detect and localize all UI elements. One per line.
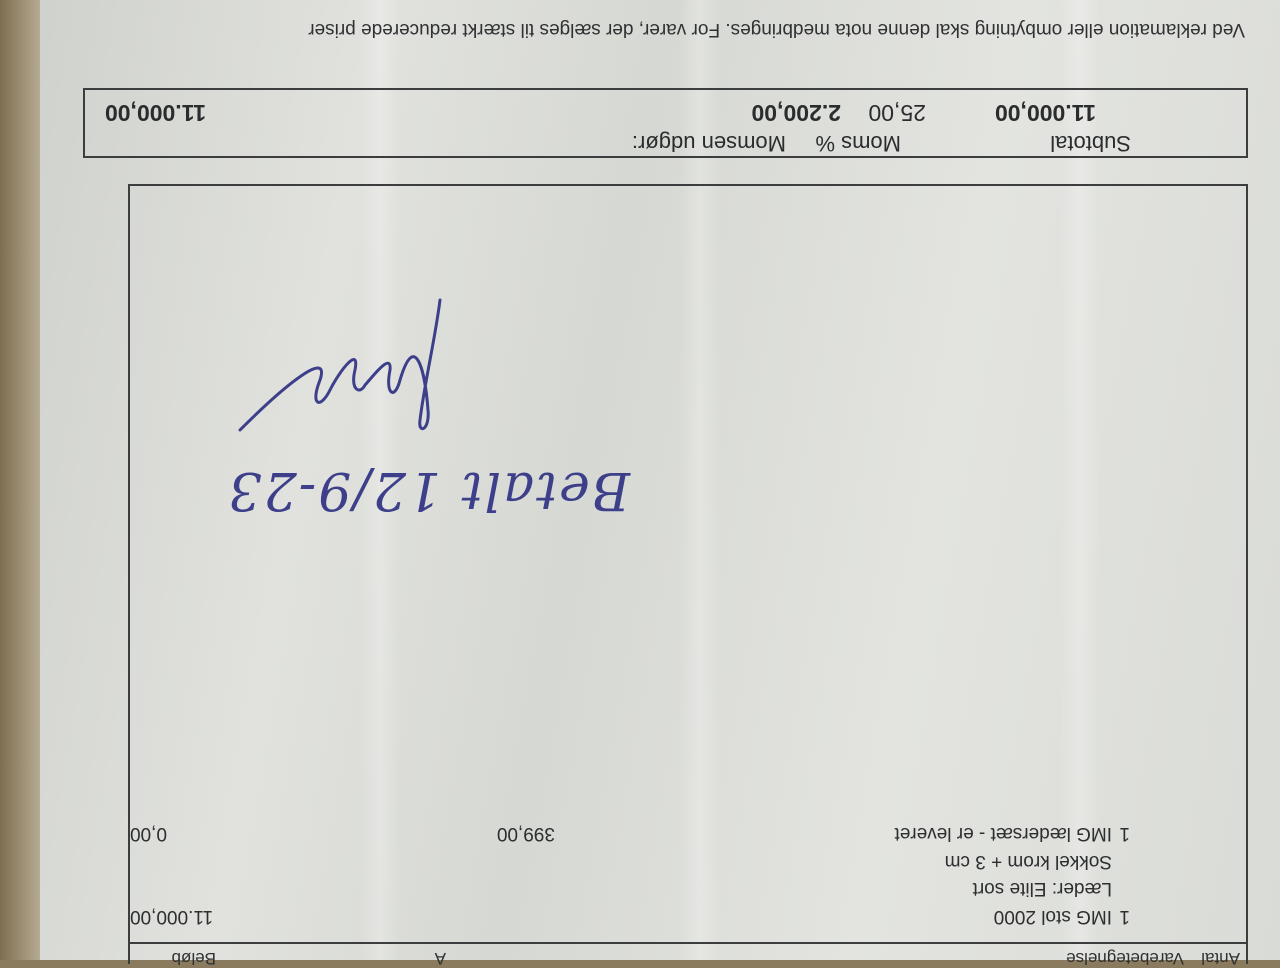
rotated-photo: Antal Varebetegnelse A Beløb 1 IMG stol …	[0, 0, 1280, 960]
line-item: Sokkel krom + 3 cm	[130, 848, 1130, 876]
item-amount: 0,00	[130, 820, 290, 848]
vat-amount-value: 2.200,00	[751, 99, 841, 126]
vat-pct-label: Moms %	[815, 130, 901, 156]
item-qty: 1	[1119, 820, 1130, 848]
subtotal-value: 11.000,00	[995, 99, 1096, 126]
vat-pct-value: 25,00	[868, 99, 926, 126]
table-header: Antal Varebetegnelse A Beløb	[130, 942, 1246, 960]
item-description: IMG lædersæt - er leveret	[895, 820, 1113, 848]
line-item: 1 IMG stol 2000 11.000,00	[130, 903, 1130, 931]
item-amount: 11.000,00	[130, 903, 290, 931]
item-price: 399,00	[497, 820, 555, 848]
item-qty: 1	[1119, 903, 1130, 931]
footer-note: Ved reklamation eller ombytning skal den…	[308, 18, 1245, 40]
line-items: 1 IMG stol 2000 11.000,00 Læder: Elite s…	[130, 820, 1130, 930]
receipt-paper: Antal Varebetegnelse A Beløb 1 IMG stol …	[25, 0, 1280, 960]
total-value: 11.000,00	[105, 99, 206, 126]
background-surface	[0, 0, 40, 960]
line-item: Læder: Elite sort	[130, 875, 1130, 903]
subtotal-label: Subtotal	[1050, 130, 1131, 156]
line-item: 1 IMG lædersæt - er leveret 399,00 0,00	[130, 820, 1130, 848]
header-qty: Antal	[1201, 948, 1240, 960]
header-a: A	[435, 948, 446, 960]
item-description: Læder: Elite sort	[973, 875, 1112, 903]
vat-amount-label: Momsen udgør:	[632, 130, 786, 156]
header-description: Varebetegnelse	[1066, 948, 1184, 960]
item-description: Sokkel krom + 3 cm	[945, 848, 1112, 876]
item-description: IMG stol 2000	[994, 903, 1112, 931]
header-amount: Beløb	[172, 948, 216, 960]
totals-box: Subtotal Moms % Momsen udgør: 11.000,00 …	[83, 88, 1248, 158]
